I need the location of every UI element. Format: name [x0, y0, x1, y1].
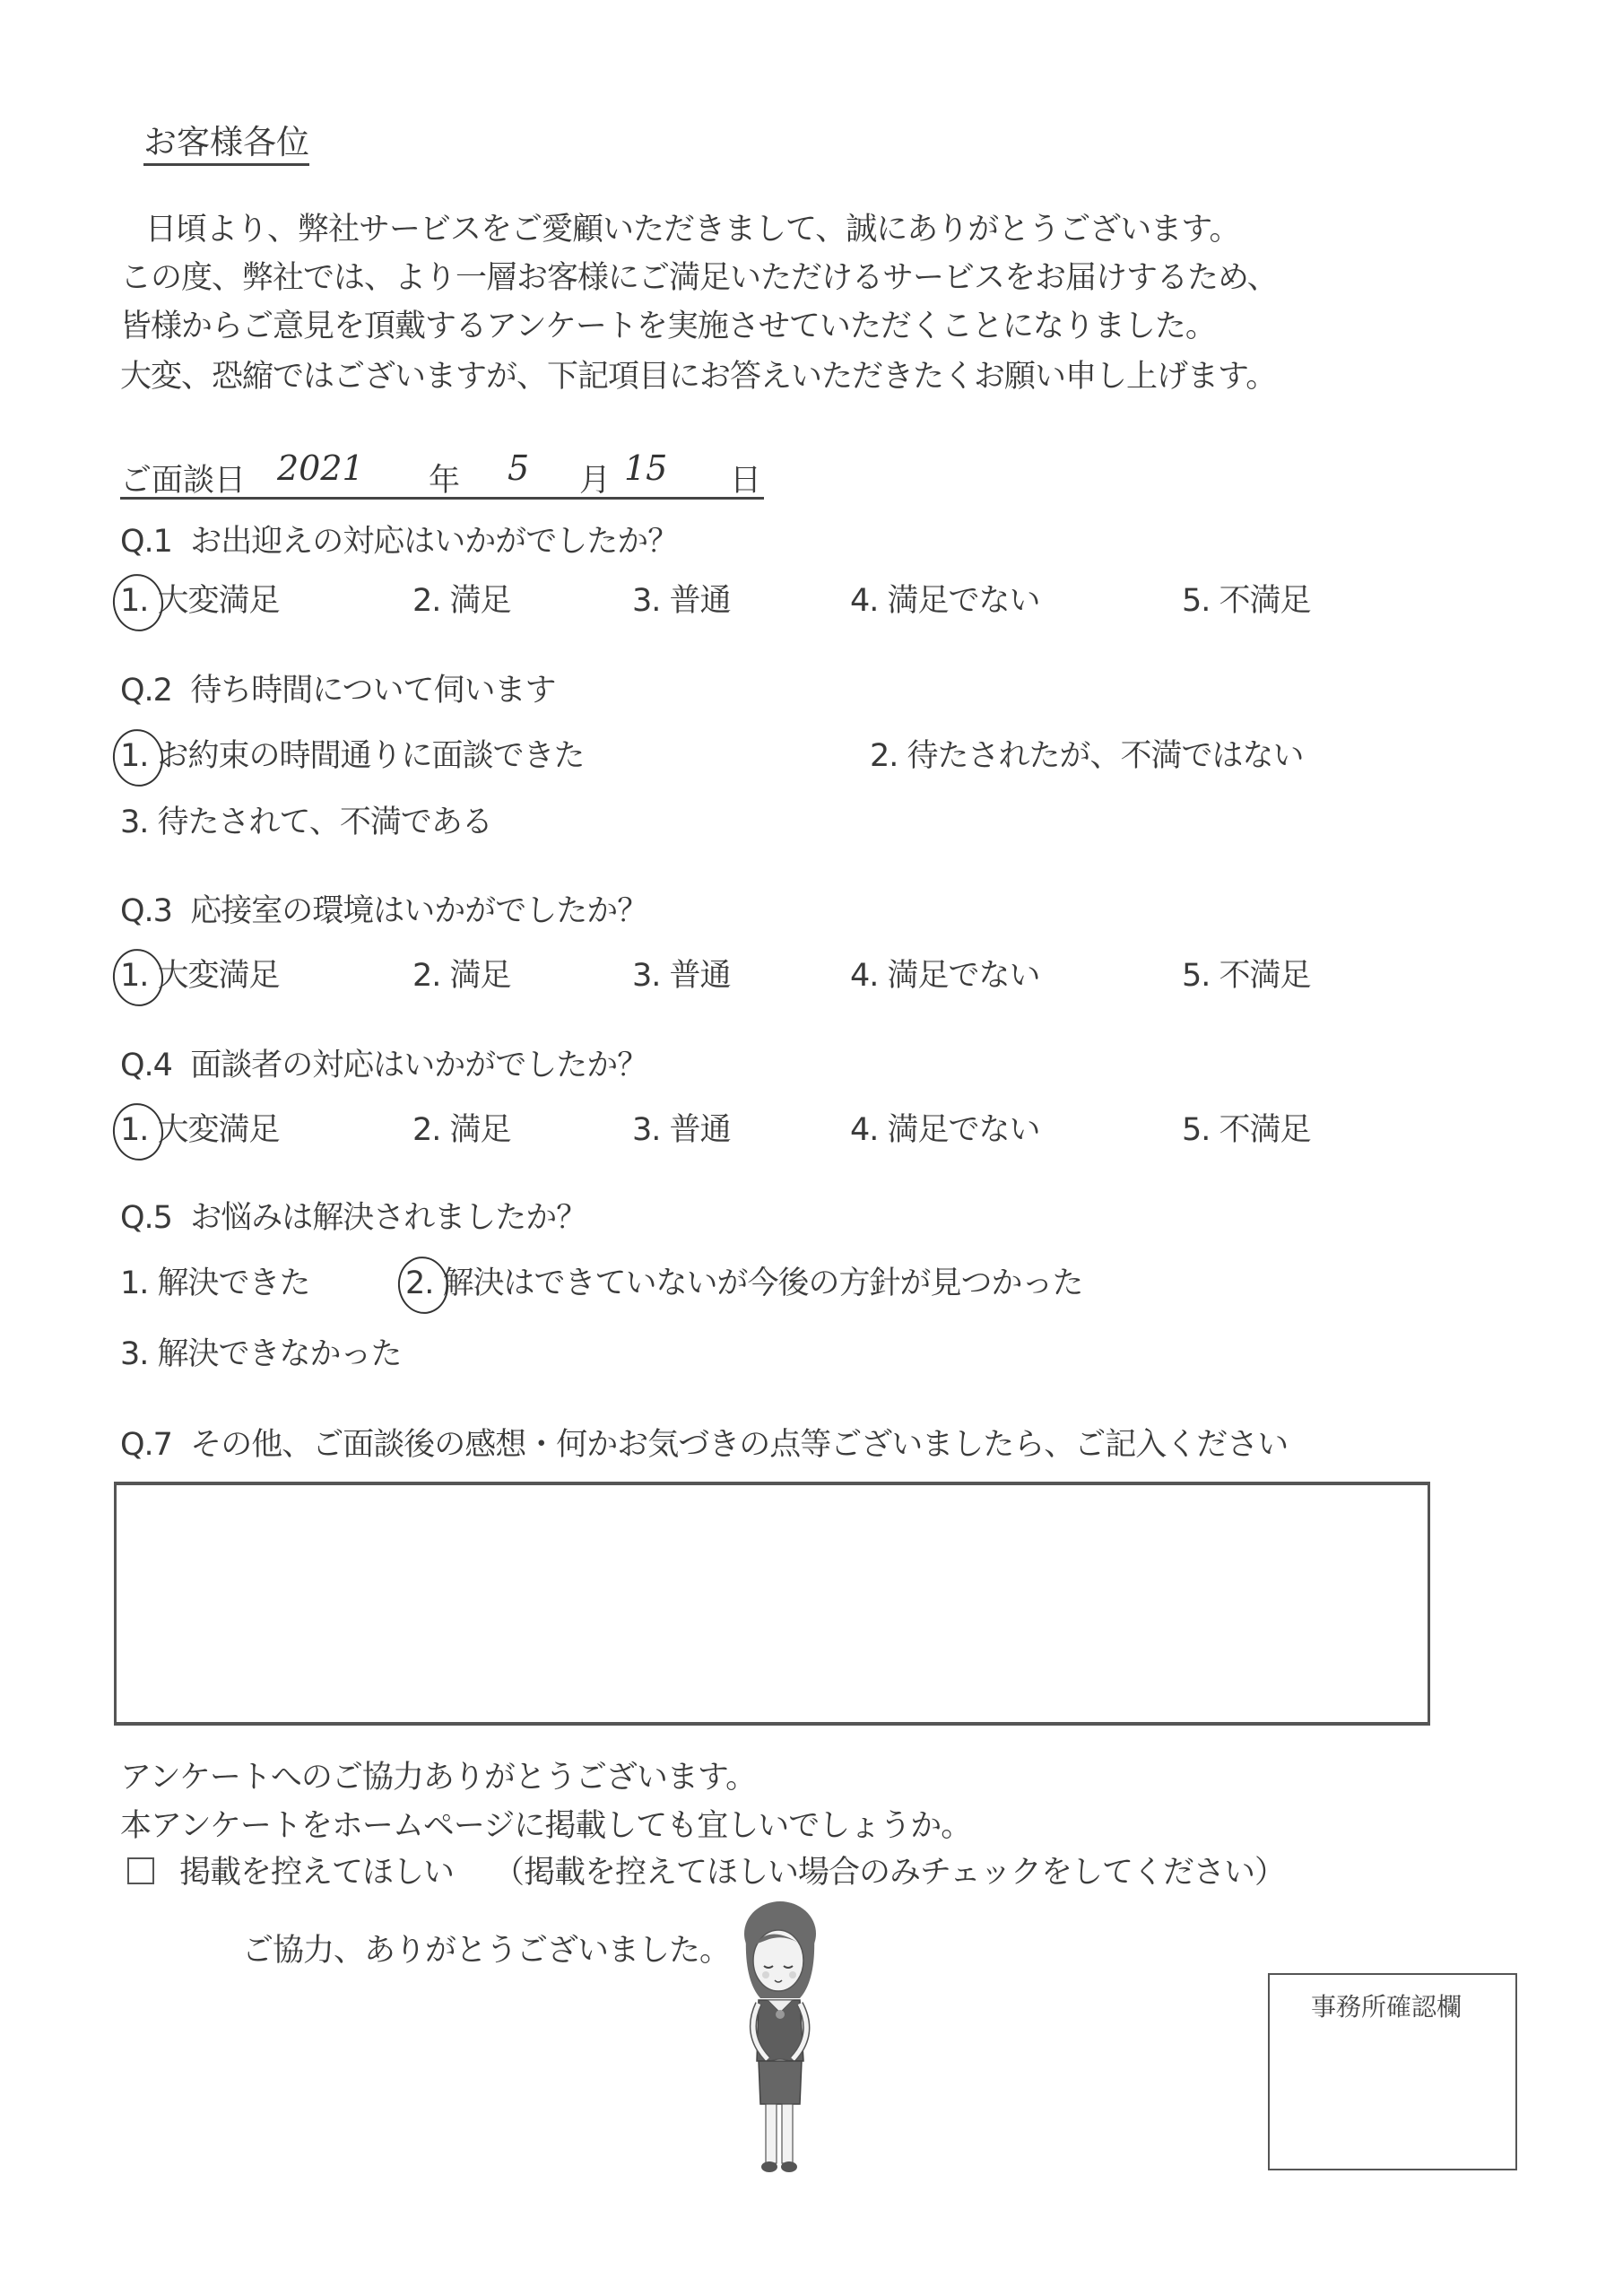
- q4-option-5[interactable]: 5. 不満足: [1182, 1110, 1311, 1150]
- no-publish-label: 掲載を控えてほしい: [179, 1853, 454, 1892]
- date-month-value[interactable]: 5: [508, 448, 529, 488]
- q2-question: Q.2 待ち時間について伺います: [120, 671, 556, 710]
- q4-option-2[interactable]: 2. 満足: [412, 1110, 511, 1150]
- no-publish-note: （掲載を控えてほしい場合のみチェックをしてください）: [493, 1853, 1285, 1892]
- intro-line-2: この度、弊社では、より一層お客様にご満足いただけるサービスをお届けするため、: [120, 258, 1278, 298]
- q2-number: Q.2: [120, 673, 172, 709]
- publish-question-text: 本アンケートをホームページに掲載しても宜しいでしょうか。: [120, 1806, 971, 1846]
- intro-line-1: 日頃より、弊社サービスをご愛顧いただきまして、誠にありがとうございます。: [145, 210, 1240, 249]
- date-day-unit: 日: [730, 456, 761, 500]
- q2-option-3[interactable]: 3. 待たされて、不満である: [120, 803, 492, 842]
- q4-option-1[interactable]: 1. 大変満足: [120, 1110, 280, 1150]
- q4-option-4[interactable]: 4. 満足でない: [850, 1110, 1040, 1150]
- q1-question: Q.1 お出迎えの対応はいかがでしたか？: [120, 522, 678, 561]
- q4-option-3[interactable]: 3. 普通: [632, 1110, 731, 1150]
- q5-option-2[interactable]: 2. 解決はできていないが今後の方針が見つかった: [405, 1264, 1083, 1303]
- q1-text: お出迎えの対応はいかがでしたか？: [190, 524, 678, 560]
- date-month-unit: 月: [579, 456, 611, 500]
- comment-textbox[interactable]: [114, 1482, 1430, 1726]
- q4-question: Q.4 面談者の対応はいかがでしたか？: [120, 1046, 647, 1085]
- office-confirmation-label: 事務所確認欄: [1311, 1987, 1462, 2023]
- q3-question: Q.3 応接室の環境はいかがでしたか？: [120, 891, 647, 931]
- q4-number: Q.4: [120, 1048, 172, 1083]
- q3-number: Q.3: [120, 893, 172, 929]
- q3-option-4[interactable]: 4. 満足でない: [850, 956, 1040, 996]
- intro-line-3: 皆様からご意見を頂戴するアンケートを実施させていただくことになりました。: [120, 307, 1216, 346]
- q1-option-1[interactable]: 1. 大変満足: [120, 581, 280, 621]
- q1-option-2[interactable]: 2. 満足: [412, 581, 511, 621]
- intro-line-4: 大変、恐縮ではございますが、下記項目にお答えいただきたくお願い申し上げます。: [120, 357, 1276, 396]
- q5-option-3[interactable]: 3. 解決できなかった: [120, 1335, 402, 1374]
- q7-number: Q.7: [120, 1427, 172, 1463]
- q5-option-1[interactable]: 1. 解決できた: [120, 1264, 310, 1303]
- final-thanks-text: ご協力、ありがとうございました。: [242, 1931, 730, 1970]
- q1-option-3[interactable]: 3. 普通: [632, 581, 731, 621]
- q2-text: 待ち時間について伺います: [190, 673, 555, 709]
- interview-date-label: ご面談日: [120, 456, 246, 500]
- bowing-staff-illustration: [725, 1900, 836, 2178]
- date-year-value[interactable]: 2021: [277, 448, 364, 488]
- interview-date-field[interactable]: ご面談日 2021 年 5 月 15 日: [120, 454, 764, 500]
- q1-number: Q.1: [120, 524, 172, 560]
- q3-text: 応接室の環境はいかがでしたか？: [190, 893, 647, 929]
- q7-text: その他、ご面談後の感想・何かお気づきの点等ございましたら、ご記入ください: [190, 1427, 1288, 1463]
- q1-option-4[interactable]: 4. 満足でない: [850, 581, 1040, 621]
- q2-option-1[interactable]: 1. お約束の時間通りに面談できた: [120, 736, 585, 776]
- salutation-heading: お客様各位: [143, 122, 309, 166]
- thanks-survey-text: アンケートへのご協力ありがとうございます。: [120, 1758, 756, 1797]
- q3-option-2[interactable]: 2. 満足: [412, 956, 511, 996]
- no-publish-checkbox[interactable]: [127, 1857, 154, 1884]
- q1-option-5[interactable]: 5. 不満足: [1182, 581, 1311, 621]
- q2-option-2[interactable]: 2. 待たされたが、不満ではない: [870, 736, 1304, 776]
- q5-text: お悩みは解決されましたか？: [190, 1200, 586, 1236]
- q3-option-3[interactable]: 3. 普通: [632, 956, 731, 996]
- q5-question: Q.5 お悩みは解決されましたか？: [120, 1198, 586, 1238]
- date-day-value[interactable]: 15: [624, 448, 667, 488]
- q3-option-1[interactable]: 1. 大変満足: [120, 956, 280, 996]
- office-confirmation-box: 事務所確認欄: [1268, 1973, 1517, 2170]
- q5-number: Q.5: [120, 1200, 172, 1236]
- q7-question: Q.7 その他、ご面談後の感想・何かお気づきの点等ございましたら、ご記入ください: [120, 1425, 1288, 1465]
- date-year-unit: 年: [429, 456, 460, 500]
- q4-text: 面談者の対応はいかがでしたか？: [190, 1048, 647, 1083]
- q3-option-5[interactable]: 5. 不満足: [1182, 956, 1311, 996]
